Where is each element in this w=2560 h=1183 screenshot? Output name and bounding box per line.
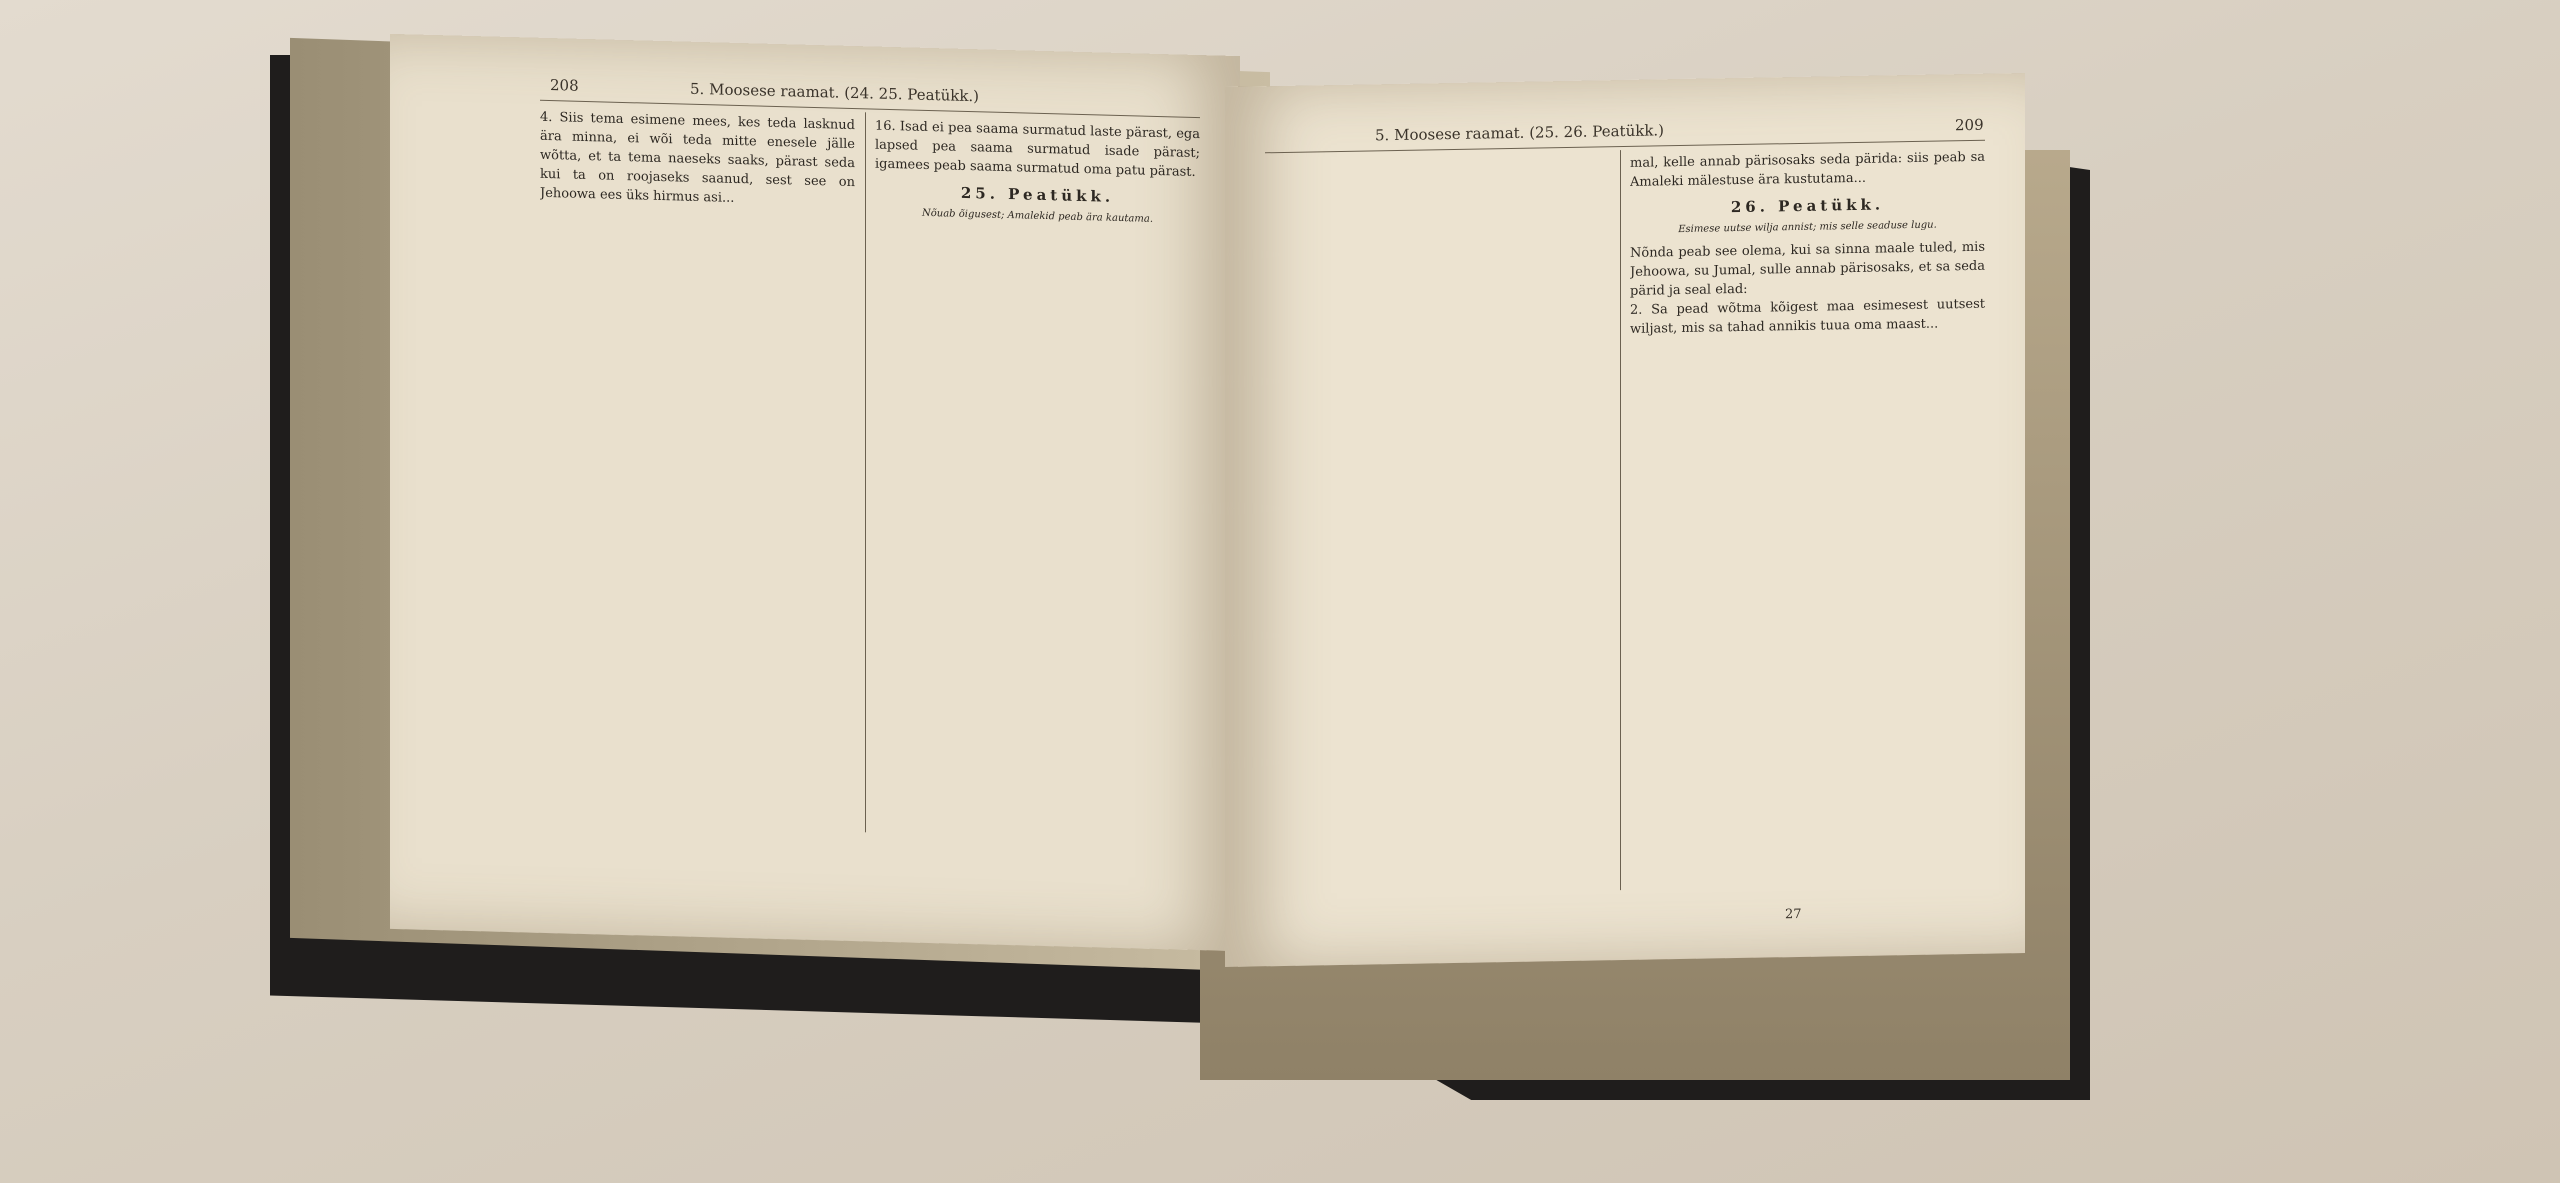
signature-mark: 27 <box>1785 907 1802 922</box>
right-column-1 <box>1265 154 1610 900</box>
column-rule <box>1620 150 1621 890</box>
chapter-summary-26: Esimese uutse wilja annist; mis selle se… <box>1630 215 1985 240</box>
page-number-left: 208 <box>550 76 579 95</box>
running-head-left: 5. Moosese raamat. (24. 25. Peatükk.) <box>690 80 979 106</box>
running-head-right: 5. Moosese raamat. (25. 26. Peatükk.) <box>1375 121 1664 144</box>
left-page: 208 5. Moosese raamat. (24. 25. Peatükk.… <box>390 34 1240 951</box>
right-page: 5. Moosese raamat. (25. 26. Peatükk.) 20… <box>1225 73 2025 967</box>
column-rule <box>865 112 866 832</box>
right-column-2: mal, kelle annab pärisosaks seda pärida:… <box>1630 148 1985 894</box>
left-column-2: 16. Isad ei pea saama surmatud laste pär… <box>875 117 1200 846</box>
left-column-1: 4. Siis tema esimene mees, kes teda lask… <box>540 108 855 836</box>
page-number-right: 209 <box>1955 116 1984 134</box>
